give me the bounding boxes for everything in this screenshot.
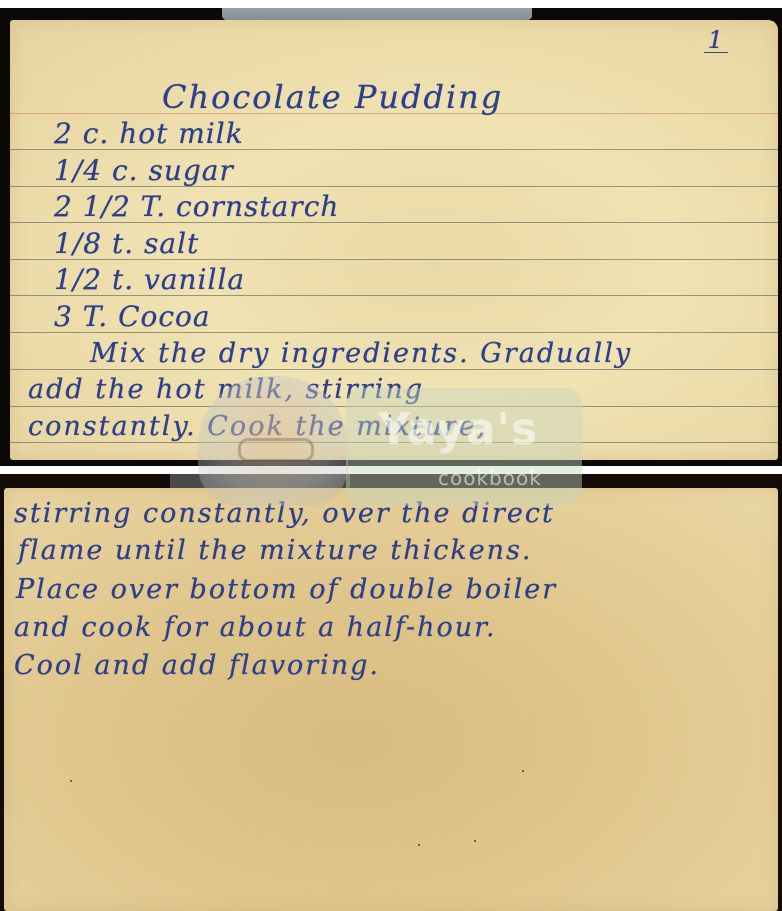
- instruction-line: and cook for about a half-hour.: [14, 612, 497, 643]
- ingredient-item: 2 c. hot milk: [54, 117, 244, 150]
- ingredient-item: 1/2 t. vanilla: [54, 263, 245, 296]
- instruction-line: constantly. Cook the mixture,: [28, 411, 487, 442]
- paper-speck: [522, 770, 524, 772]
- paper-speck: [418, 844, 420, 846]
- ruled-line: [10, 442, 778, 443]
- instruction-line: flame until the mixture thickens.: [18, 535, 533, 566]
- recipe-title: Chocolate Pudding: [162, 78, 503, 116]
- recipe-card-photo-top: 1 Chocolate Pudding 2 c. hot milk 1/4 c.…: [0, 8, 782, 466]
- background-lamp: [170, 474, 350, 488]
- ingredient-item: 3 T. Cocoa: [54, 300, 211, 333]
- paper-speck: [474, 840, 476, 842]
- ruled-line: [10, 406, 778, 407]
- paper-speck: [70, 780, 72, 782]
- ingredient-item: 1/4 c. sugar: [54, 154, 234, 187]
- instruction-line: stirring constantly, over the direct: [14, 498, 555, 529]
- recipe-card-back: stirring constantly, over the direct fla…: [4, 488, 778, 911]
- instruction-line: Cool and add flavoring.: [14, 650, 380, 681]
- ingredient-item: 2 1/2 T. cornstarch: [54, 190, 339, 223]
- instruction-line: add the hot milk, stirring: [28, 374, 424, 405]
- instruction-line: Place over bottom of double boiler: [16, 574, 557, 605]
- instruction-line: Mix the dry ingredients. Gradually: [90, 338, 632, 369]
- recipe-card-front: 1 Chocolate Pudding 2 c. hot milk 1/4 c.…: [10, 20, 778, 460]
- ingredient-item: 1/8 t. salt: [54, 227, 199, 260]
- ruled-line: [10, 369, 778, 370]
- recipe-card-photo-bottom: stirring constantly, over the direct fla…: [0, 474, 782, 911]
- page-number: 1: [704, 28, 728, 53]
